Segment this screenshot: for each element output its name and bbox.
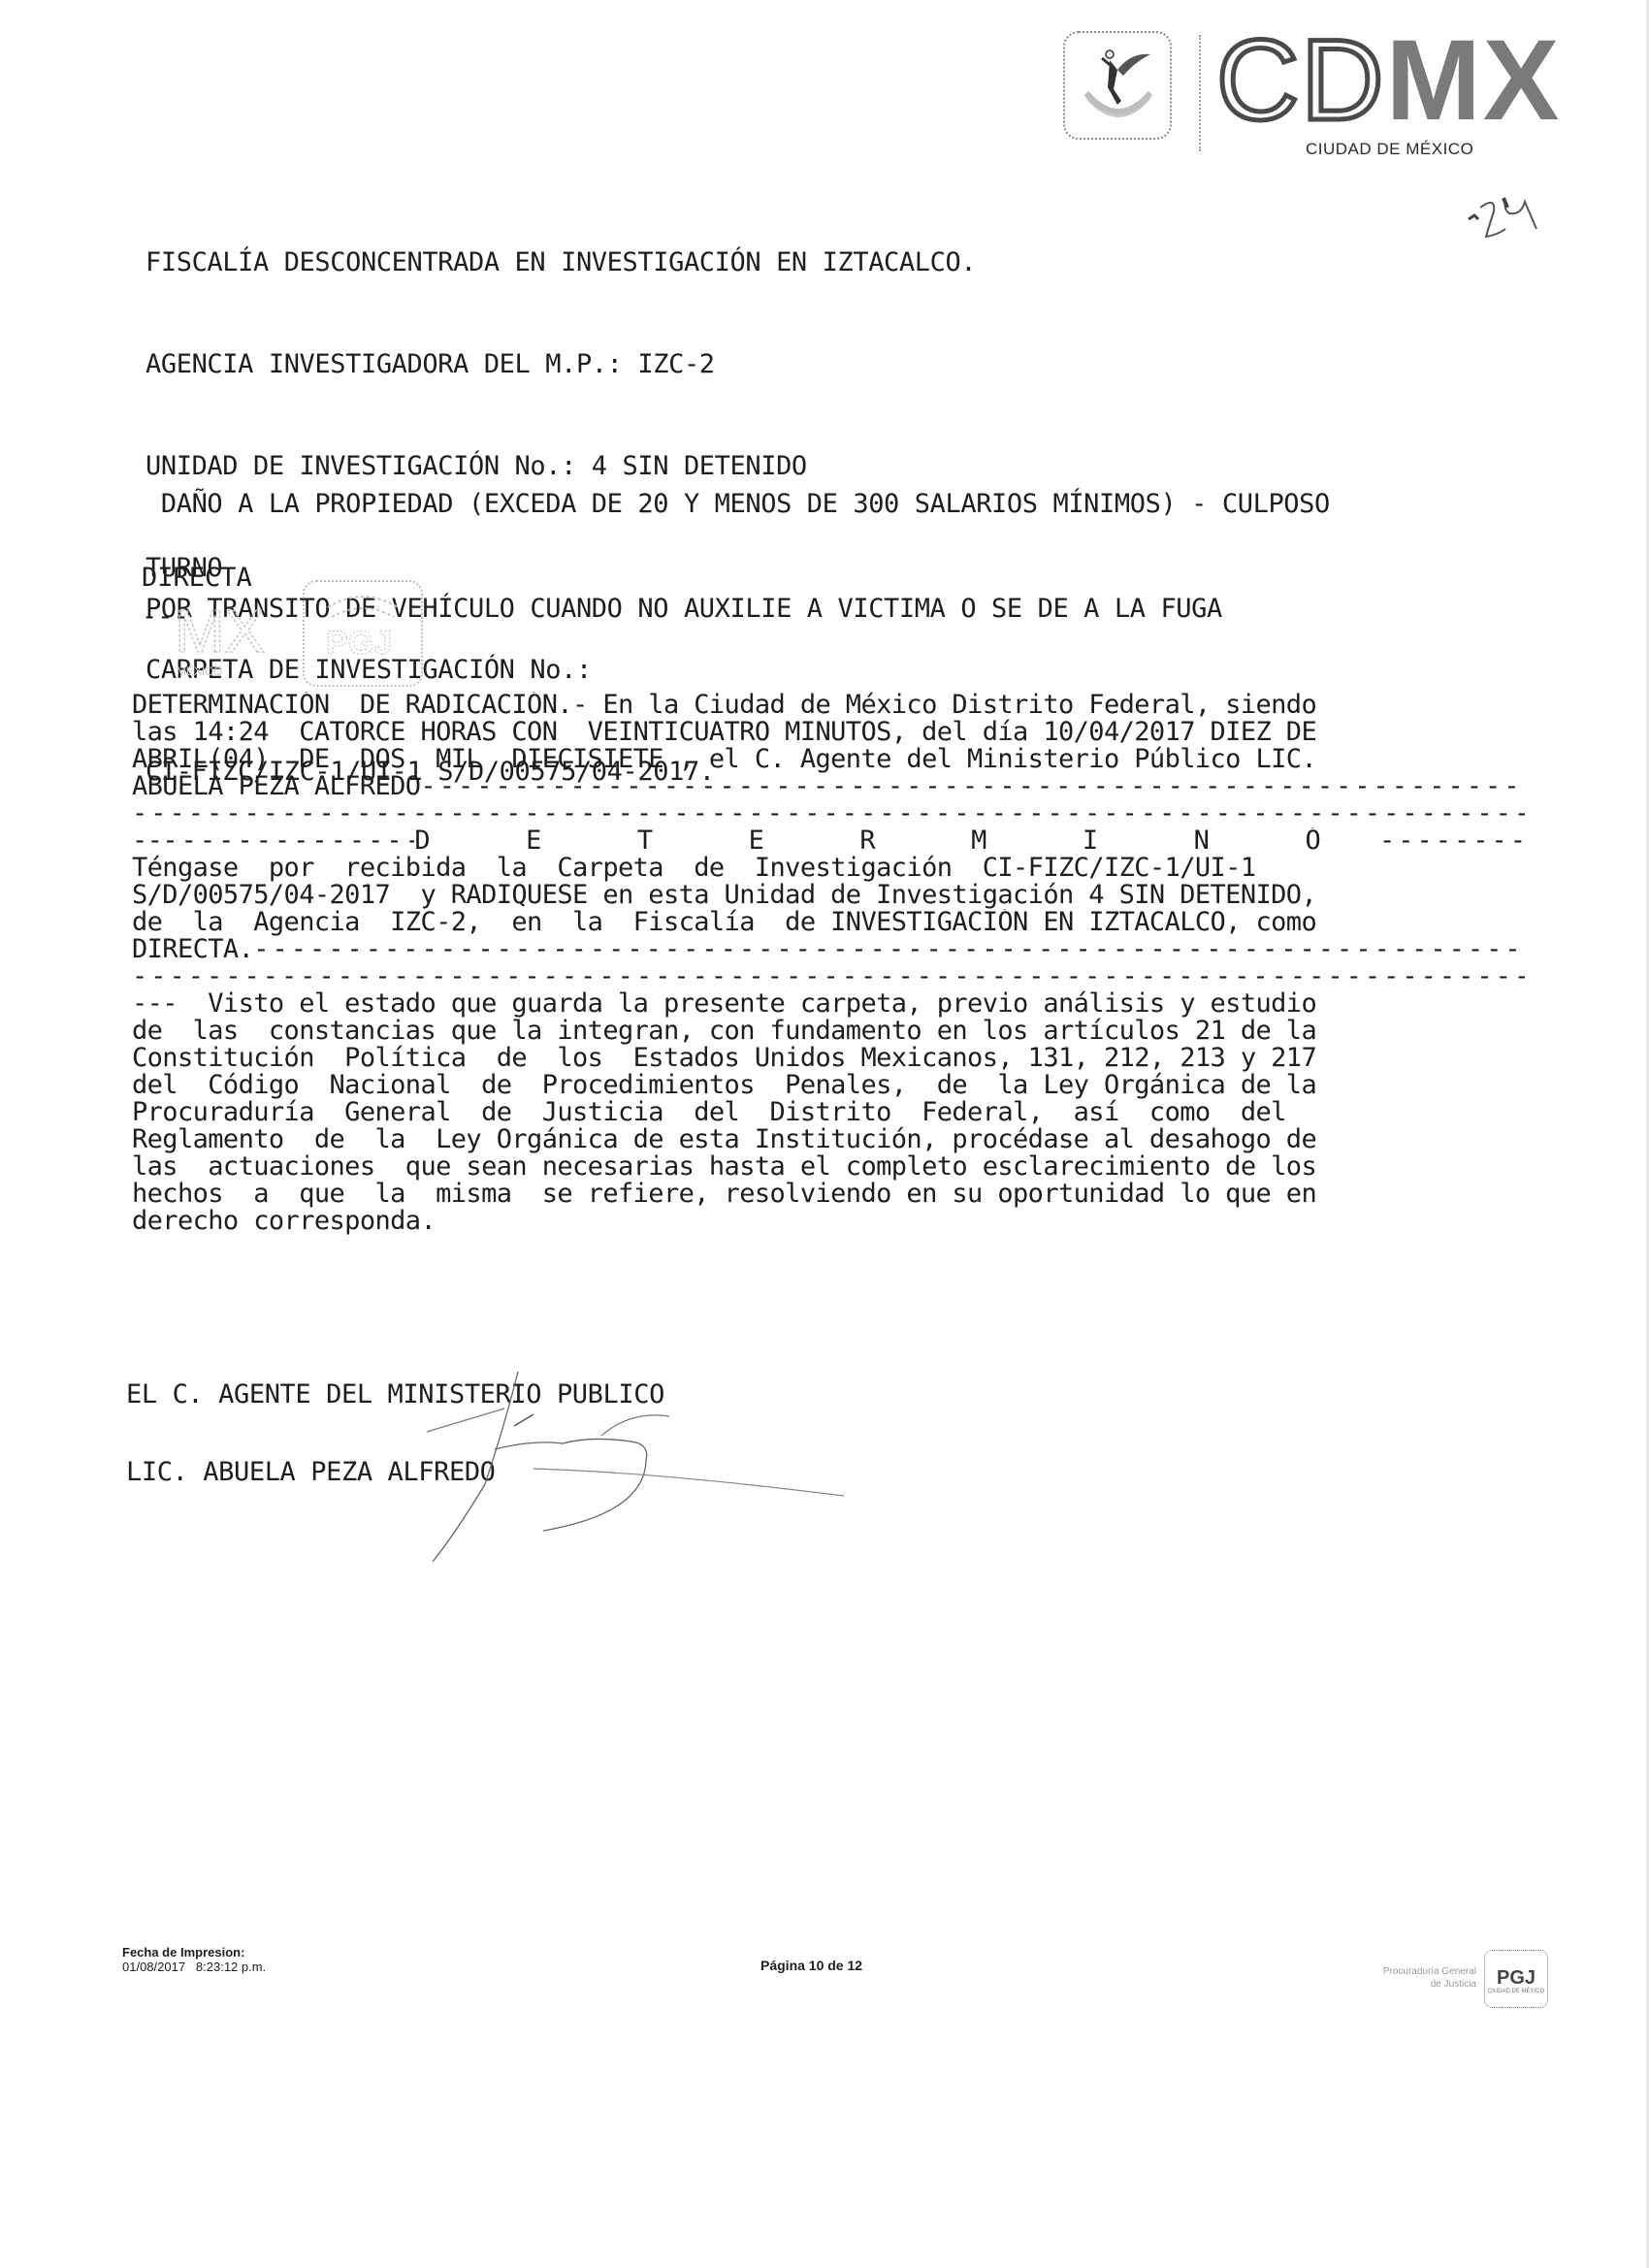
- visto-text: las actuaciones que sean necesarias hast…: [132, 1153, 1316, 1181]
- pgj-footer-text: Procuraduría General de Justicia: [1368, 1965, 1476, 1991]
- determinacion-body: DETERMINACIÓN DE RADICACIÓN.- En la Ciud…: [132, 692, 1525, 1235]
- body-line: las actuaciones que sean necesarias hast…: [132, 1153, 1525, 1181]
- body-line: --- Visto el estado que guarda la presen…: [132, 990, 1525, 1018]
- pgj-text-line: Procuraduría General: [1368, 1965, 1476, 1978]
- cdmx-wordmark: CDMX: [1216, 23, 1561, 138]
- radicacion-text: DETERMINACIÓN DE RADICACIÓN.- En la Ciud…: [132, 692, 1316, 719]
- body-line: ----------------------------------------…: [132, 800, 1525, 827]
- print-date: Fecha de Impresion: 01/08/2017 8:23:12 p…: [122, 1945, 266, 1974]
- body-line: las 14:24 CATORCE HORAS CON VEINTICUATRO…: [132, 719, 1525, 746]
- visto-text: Reglamento de la Ley Orgánica de esta In…: [132, 1126, 1316, 1153]
- handwritten-folio-number: [1463, 194, 1550, 257]
- cdmx-logo: CDMX CIUDAD DE MÉXICO: [1063, 31, 1587, 157]
- dash-filler: ----------------------------------------…: [1379, 827, 1525, 855]
- pgj-text-line: de Justicia: [1368, 1978, 1476, 1991]
- visto-text: de las constancias que la integran, con …: [132, 1018, 1316, 1045]
- svg-text:MÉXICO: MÉXICO: [177, 664, 222, 678]
- radicacion-text: ABRIL(04) DE DOS MIL DIECISIETE , el C. …: [132, 746, 1316, 773]
- wordmark-mx: MX: [1385, 16, 1561, 145]
- body-line: de las constancias que la integran, con …: [132, 1018, 1525, 1045]
- svg-text:PGJ: PGJ: [326, 625, 392, 662]
- page-number: Página 10 de 12: [760, 1958, 862, 1973]
- print-date-value: 01/08/2017 8:23:12 p.m.: [122, 1960, 266, 1974]
- pgj-footer-logo: Procuraduría General de Justicia PGJ CIU…: [1368, 1950, 1562, 2018]
- dash-filler: ----------------------------------------…: [132, 800, 1525, 827]
- body-line: hechos a que la misma se refiere, resolv…: [132, 1181, 1525, 1208]
- body-line: Téngase por recibida la Carpeta de Inves…: [132, 855, 1525, 882]
- tengase-text: de la Agencia IZC-2, en la Fiscalía de I…: [132, 909, 1316, 936]
- print-date-label: Fecha de Impresion:: [122, 1945, 266, 1960]
- radicacion-text: las 14:24 CATORCE HORAS CON VEINTICUATRO…: [132, 719, 1316, 746]
- tengase-text: S/D/00575/04-2017 y RADIQUESE en esta Un…: [132, 882, 1316, 909]
- dash-filler: ----------------------------------------…: [253, 936, 1525, 963]
- visto-text: del Código Nacional de Procedimientos Pe…: [132, 1072, 1316, 1099]
- body-line: Procuraduría General de Justicia del Dis…: [132, 1099, 1525, 1126]
- logo-divider: [1199, 35, 1201, 151]
- visto-text: hechos a que la misma se refiere, resolv…: [132, 1181, 1316, 1208]
- visto-text: derecho corresponda.: [132, 1208, 436, 1235]
- pgj-logo-subtitle: CIUDAD DE MÉXICO: [1485, 1988, 1547, 1995]
- body-line: ABUELA PEZA ALFREDO---------------------…: [132, 773, 1525, 800]
- agente-name: ABUELA PEZA ALFREDO: [132, 773, 420, 800]
- dash-filler: ----------------------------------------…: [420, 773, 1525, 800]
- body-line: del Código Nacional de Procedimientos Pe…: [132, 1072, 1525, 1099]
- pgj-logo-text: PGJ: [1485, 1968, 1547, 1988]
- logo-subtitle: CIUDAD DE MÉXICO: [1306, 140, 1473, 159]
- faint-pgj-stamp: PGJ: [303, 580, 423, 687]
- visto-text: Procuraduría General de Justicia del Dis…: [132, 1099, 1286, 1126]
- angel-emblem-icon: [1063, 31, 1172, 140]
- body-line: DETERMINACIÓN DE RADICACIÓN.- En la Ciud…: [132, 692, 1525, 719]
- dash-filler: ----------------------------------------…: [132, 963, 1525, 990]
- dash-filler: ----------------------------: [162, 827, 414, 855]
- body-line: S/D/00575/04-2017 y RADIQUESE en esta Un…: [132, 882, 1525, 909]
- header-agencia: AGENCIA INVESTIGADORA DEL M.P.: IZC-2: [145, 347, 976, 381]
- directa-text: DIRECTA.: [132, 936, 253, 963]
- svg-text:MX: MX: [175, 599, 265, 665]
- body-line: Reglamento de la Ley Orgánica de esta In…: [132, 1126, 1525, 1153]
- delito-line: DAÑO A LA PROPIEDAD (EXCEDA DE 20 Y MENO…: [145, 487, 1330, 522]
- visto-text: --- Visto el estado que guarda la presen…: [132, 990, 1316, 1018]
- body-line: Constitución Política de los Estados Uni…: [132, 1045, 1525, 1072]
- pgj-logo-icon: PGJ CIUDAD DE MÉXICO: [1484, 1950, 1548, 2008]
- determino-heading: D E T E R M I N Ó: [414, 827, 1379, 855]
- body-line: DIRECTA.--------------------------------…: [132, 936, 1525, 963]
- faint-cdmx-stamp: MX MÉXICO: [155, 594, 281, 681]
- tipo-directa: DIRECTA: [142, 561, 252, 596]
- tengase-text: Téngase por recibida la Carpeta de Inves…: [132, 855, 1256, 882]
- dash-prefix: --: [132, 827, 162, 855]
- body-line: derecho corresponda.: [132, 1208, 1525, 1235]
- header-fiscalia: FISCALÍA DESCONCENTRADA EN INVESTIGACIÓN…: [145, 245, 976, 279]
- visto-text: Constitución Política de los Estados Uni…: [132, 1045, 1316, 1072]
- body-line: ABRIL(04) DE DOS MIL DIECISIETE , el C. …: [132, 746, 1525, 773]
- handwritten-signature: [369, 1368, 854, 1576]
- determino-line: ------------------------------D E T E R …: [132, 827, 1525, 855]
- body-line: de la Agencia IZC-2, en la Fiscalía de I…: [132, 909, 1525, 936]
- body-line: ----------------------------------------…: [132, 963, 1525, 990]
- wordmark-cd: CD: [1216, 16, 1385, 145]
